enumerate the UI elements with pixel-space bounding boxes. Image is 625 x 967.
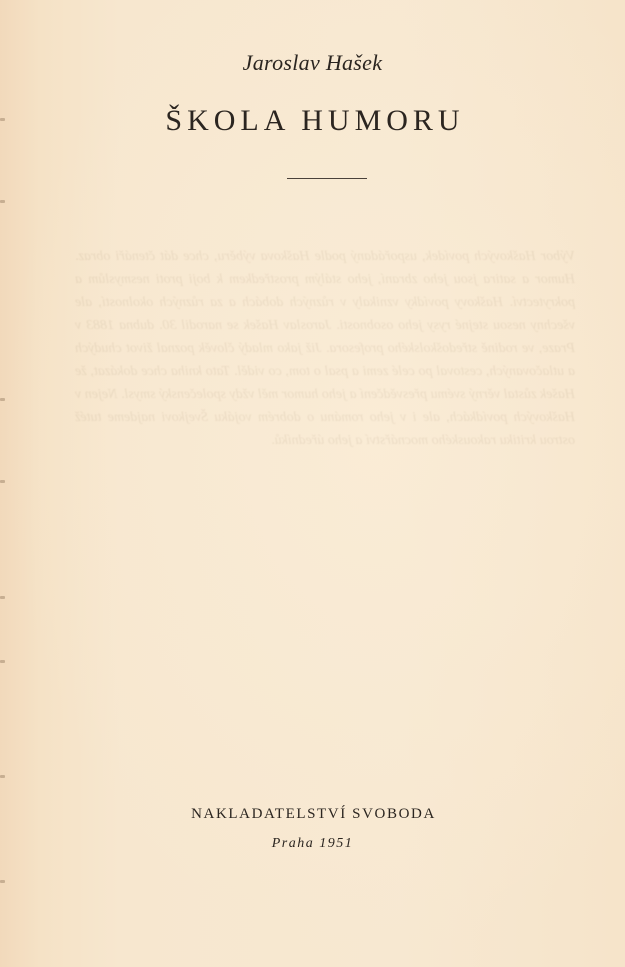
author-name: Jaroslav Hašek [0, 50, 625, 76]
publication-place-year: Praha 1951 [0, 836, 625, 852]
title-page: Výbor Haškových povídek, uspořádaný podl… [0, 0, 625, 967]
title-rule-divider [287, 178, 367, 179]
show-through-text: Výbor Haškových povídek, uspořádaný podl… [75, 245, 575, 785]
publisher-name: NAKLADATELSTVÍ SVOBODA [0, 806, 625, 823]
book-title: ŠKOLA HUMORU [0, 104, 625, 138]
